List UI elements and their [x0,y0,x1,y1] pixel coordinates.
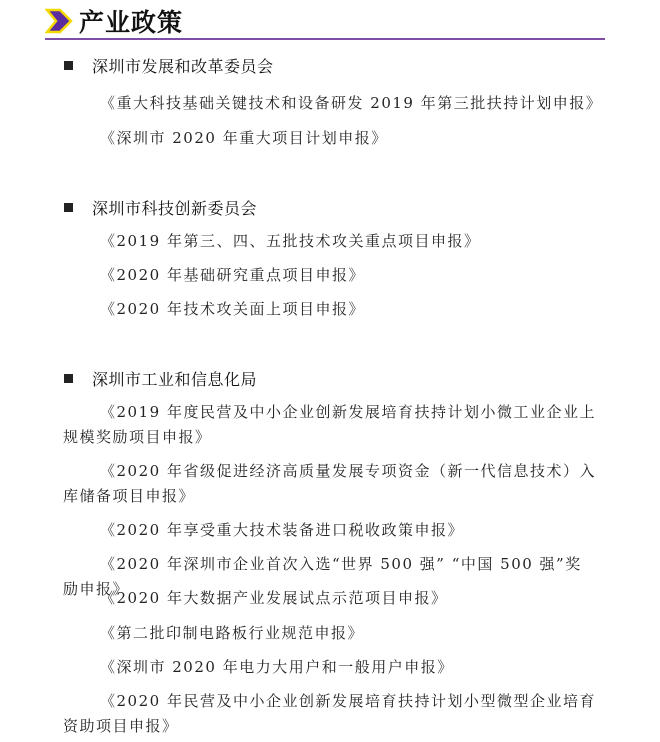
list-item: 《2020 年大数据产业发展试点示范项目申报》 [63,586,598,611]
square-bullet-icon [64,374,73,383]
list-item: 《2019 年第三、四、五批技术攻关重点项目申报》 [63,229,598,254]
page-header: 产业政策 [45,4,183,38]
list-item: 《2020 年技术攻关面上项目申报》 [63,297,598,322]
square-bullet-icon [64,61,73,70]
list-item: 《深圳市 2020 年电力大用户和一般用户申报》 [63,655,598,680]
section-title: 深圳市科技创新委员会 [92,196,257,219]
section-header-science-technology: 深圳市科技创新委员会 [64,196,257,219]
square-bullet-icon [64,203,73,212]
section-header-development-reform: 深圳市发展和改革委员会 [64,54,274,77]
list-item: 《2020 年省级促进经济高质量发展专项资金（新一代信息技术）入库储备项目申报》 [63,459,598,509]
page-title: 产业政策 [79,3,183,39]
section-title: 深圳市工业和信息化局 [92,367,257,390]
header-divider [45,38,605,40]
list-item: 《重大科技基础关键技术和设备研发 2019 年第三批扶持计划申报》 [63,91,598,116]
list-item: 《第二批印制电路板行业规范申报》 [63,621,598,646]
section-header-industry-it: 深圳市工业和信息化局 [64,367,257,390]
chevron-right-icon [45,7,73,35]
list-item: 《2020 年享受重大技术装备进口税收政策申报》 [63,518,598,543]
list-item: 《2020 年民营及中小企业创新发展培育扶持计划小型微型企业培育资助项目申报》 [63,689,598,739]
section-title: 深圳市发展和改革委员会 [92,54,274,77]
list-item: 《2020 年基础研究重点项目申报》 [63,263,598,288]
list-item: 《深圳市 2020 年重大项目计划申报》 [63,126,598,151]
list-item: 《2019 年度民营及中小企业创新发展培育扶持计划小微工业企业上规模奖励项目申报… [63,400,598,450]
